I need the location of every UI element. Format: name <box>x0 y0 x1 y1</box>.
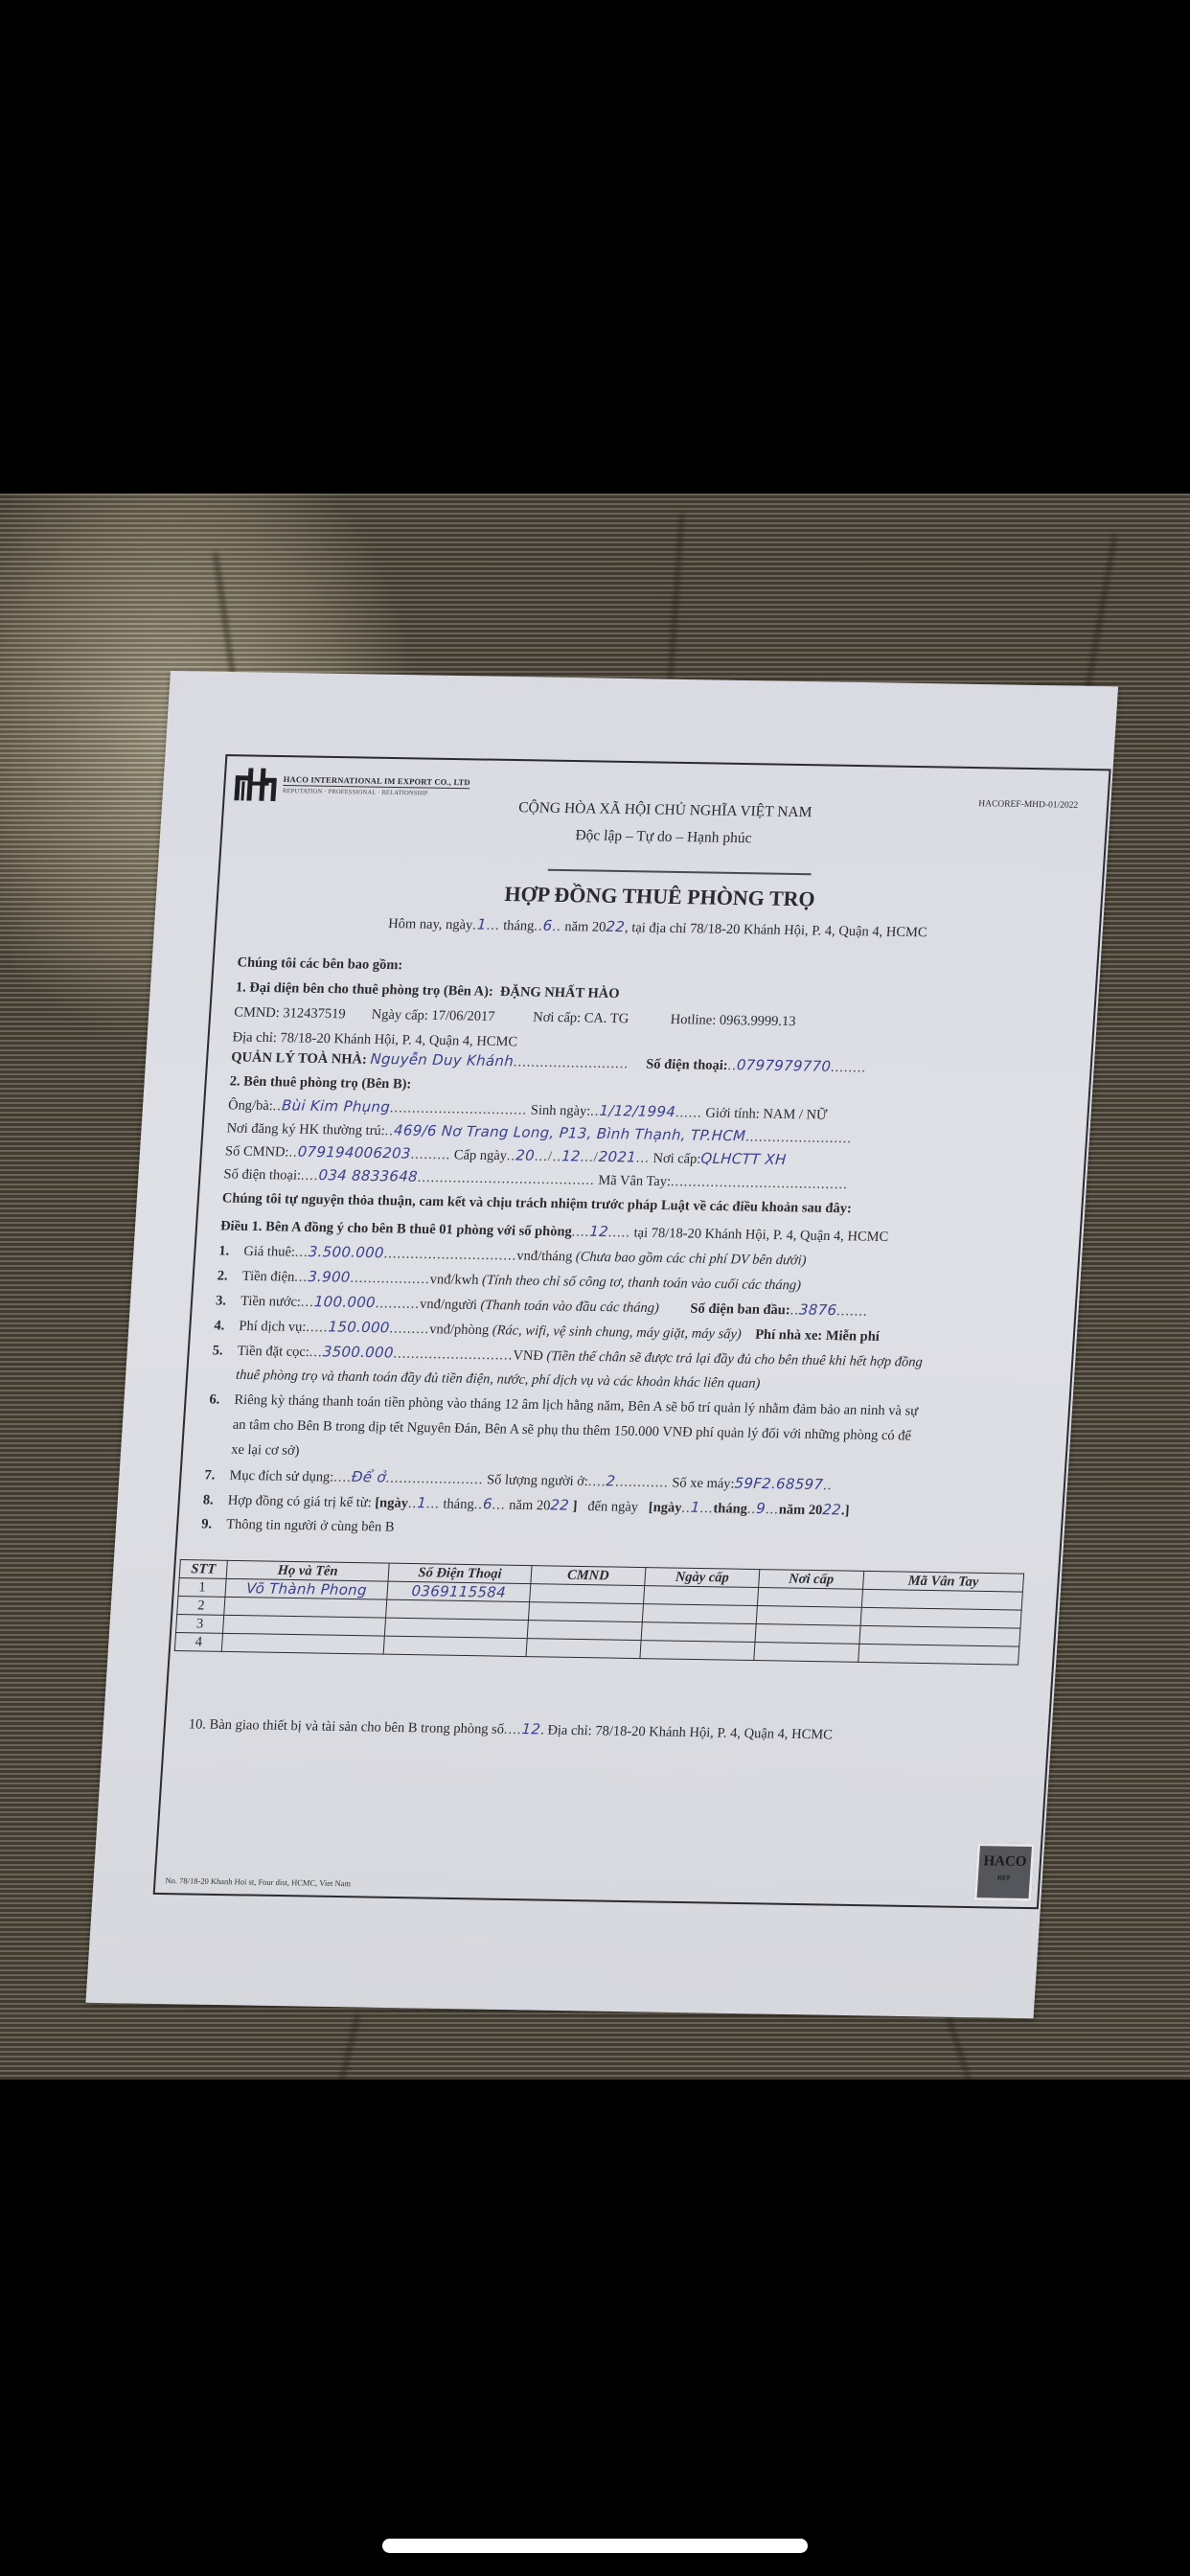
table-cell: Võ Thành Phong <box>225 1578 388 1599</box>
nation-heading: CỘNG HÒA XÃ HỘI CHỦ NGHĨA VIỆT NAM <box>224 794 1107 826</box>
table-cell <box>526 1639 641 1659</box>
article-10: 10. Bàn giao thiết bị và tài sản cho bên… <box>188 1714 1024 1746</box>
table-cell <box>644 1586 759 1606</box>
fabric-seam <box>945 2013 977 2080</box>
table-cell <box>530 1584 645 1604</box>
table-cell <box>384 1618 528 1638</box>
table-cell <box>641 1622 756 1643</box>
heading-divider <box>548 869 812 876</box>
table-cell <box>642 1604 757 1624</box>
nation-motto: Độc lập – Tự do – Hạnh phúc <box>222 821 1105 853</box>
fabric-seam <box>334 2013 361 2080</box>
table-cell <box>221 1633 384 1654</box>
table-cell <box>640 1641 755 1661</box>
party-b-gender: NAM / NỮ <box>763 1107 828 1123</box>
haco-stamp: HACO REF <box>973 1843 1035 1901</box>
table-cell: 0369115584 <box>387 1581 531 1601</box>
table-cell <box>757 1588 862 1608</box>
col-id: CMND <box>531 1566 646 1586</box>
party-b-issue-place: QLHCTT XH <box>700 1150 787 1168</box>
handover-room: 12 <box>521 1720 541 1737</box>
party-a-id: CMND: 312437519 <box>234 1003 369 1023</box>
contract-year: 22 <box>606 918 626 935</box>
contract-date-line: Hôm nay, ngày.1... tháng..6.. năm 2022, … <box>240 911 1076 943</box>
col-issue-date: Ngày cấp <box>645 1568 760 1588</box>
col-issue-place: Nơi cấp <box>759 1570 864 1590</box>
table-cell <box>755 1624 860 1644</box>
party-b-residence: 469/6 Nơ Trang Long, P13, Bình Thạnh, TP… <box>394 1121 746 1144</box>
table-cell <box>754 1643 859 1663</box>
table-cell: 2 <box>177 1597 225 1616</box>
party-a-issue-place: Nơi cấp: CA. TG <box>533 1009 668 1028</box>
contract-paper: HACO INTERNATIONAL IM EXPORT CO., LTD RE… <box>85 671 1118 2018</box>
col-stt: STT <box>179 1560 227 1579</box>
motorbike-plate: 59F2.68597 <box>734 1475 824 1494</box>
party-b-name: Bùi Kim Phụng <box>282 1096 391 1115</box>
table-cell: 4 <box>174 1633 222 1652</box>
start-year: 22 <box>550 1496 570 1513</box>
table-cell <box>756 1606 861 1626</box>
home-indicator[interactable] <box>382 2539 808 2553</box>
end-year: 22 <box>822 1501 842 1518</box>
table-cell: 3 <box>176 1615 224 1634</box>
usage-purpose: Để ở <box>351 1468 386 1486</box>
electricity-value: 3.900 <box>308 1268 352 1286</box>
table-cell <box>386 1599 530 1620</box>
manager-name: Nguyễn Duy Khánh <box>370 1050 515 1069</box>
contract-title: HỢP ĐỒNG THUÊ PHÒNG TRỌ <box>218 877 1102 916</box>
service-fee-value: 150.000 <box>328 1318 390 1336</box>
party-b-phone: 034 8833648 <box>318 1166 419 1185</box>
table-cell <box>383 1636 527 1656</box>
initial-meter-reading: 3876 <box>798 1300 836 1319</box>
party-a-name: ĐẶNG NHẤT HÀO <box>500 984 621 1001</box>
party-b-dob: 1/12/1994 <box>599 1102 676 1120</box>
col-phone: Số Điện Thoại <box>388 1563 532 1583</box>
rent-value: 3.500.000 <box>308 1243 384 1261</box>
manager-phone: 0797979770 <box>736 1056 831 1075</box>
party-a-issue-date: Ngày cấp: 17/06/2017 <box>371 1006 530 1026</box>
document-frame: HACO INTERNATIONAL IM EXPORT CO., LTD RE… <box>153 754 1111 1909</box>
party-b-id: 079194006203 <box>297 1143 411 1162</box>
table-cell <box>527 1621 642 1641</box>
co-occupants-table: STT Họ và Tên Số Điện Thoại CMND Ngày cấ… <box>174 1559 1024 1666</box>
party-a-hotline: Hotline: 0963.9999.13 <box>670 1012 796 1029</box>
deposit-value: 3500.000 <box>322 1343 394 1361</box>
footer-address: No. 78/18-20 Khanh Hoi st, Four dist, HC… <box>165 1875 351 1888</box>
table-cell <box>858 1644 1019 1665</box>
table-cell <box>528 1602 643 1622</box>
water-value: 100.000 <box>313 1293 376 1311</box>
table-cell: 1 <box>178 1578 226 1598</box>
room-number: 12 <box>589 1223 609 1240</box>
